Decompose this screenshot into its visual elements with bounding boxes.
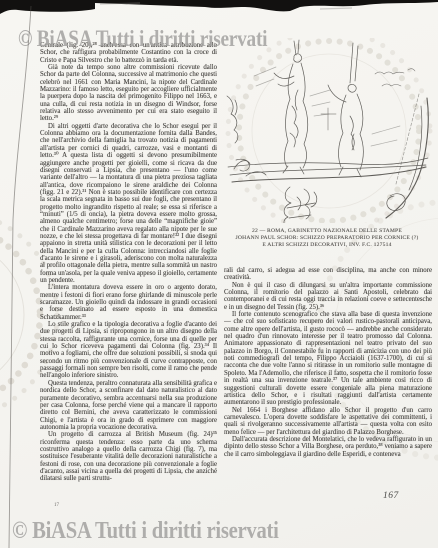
top-edge-speckle [100,3,352,9]
paragraph: Questa tendenza, peraltro connaturata al… [40,380,217,431]
sketch-cross-mark [321,108,336,130]
paragraph: Di altri oggetti d'arte decorativa che l… [40,123,217,285]
right-text-column: rali dal carro, si adegua ad esse con di… [224,267,432,487]
paragraph: Un progetto di carrozza al British Museu… [40,431,217,482]
stamp-circle-chain [228,38,430,223]
paragraph: Dall'accurata descrizione del Montelatic… [224,436,432,458]
sketch-figure-left [274,54,308,174]
figure-caption: 22 — ROMA, GABINETTO NAZIONALE DELLE STA… [222,228,432,250]
page-number: 167 [383,491,399,501]
page-fold-line [9,6,31,548]
watermark-top: © BiASA Tutti i diritti riservati [18,26,267,52]
sketch-right-volute [386,94,428,218]
figure-sketch [224,38,434,223]
paragraph: Lo stile grafico e la tipologia decorati… [40,321,217,380]
paragraph: Nel 1664 i Borghese affidano allo Schor … [224,407,432,436]
sketch-poles [294,40,358,83]
paragraph: rali dal carro, si adegua ad esse con di… [224,267,432,282]
paragraph: Non è qui il caso di dilungarsi su un'al… [224,282,432,311]
torn-top-edge [0,0,438,14]
paragraph: L'intera montatura doveva essere in oro … [40,284,217,321]
caption-line: E ALTRI SCHIZZI DECORATIVI, INV. F.C. 12… [222,242,432,249]
watermark-bottom: © BiASA Tutti i diritti riservati [12,518,279,545]
paragraph: Il forte contenuto scenografico che stav… [224,311,432,406]
paragraph: Già note da tempo sono altre commissioni… [40,64,217,123]
scanned-page: © BiASA Tutti i diritti riservati Centra… [0,0,438,548]
sketch-hatching [254,67,400,146]
left-text-column: Centrale (fig. 20),²⁸ anch'essa con un'a… [40,42,217,494]
signature-mark: 17 [54,503,59,508]
